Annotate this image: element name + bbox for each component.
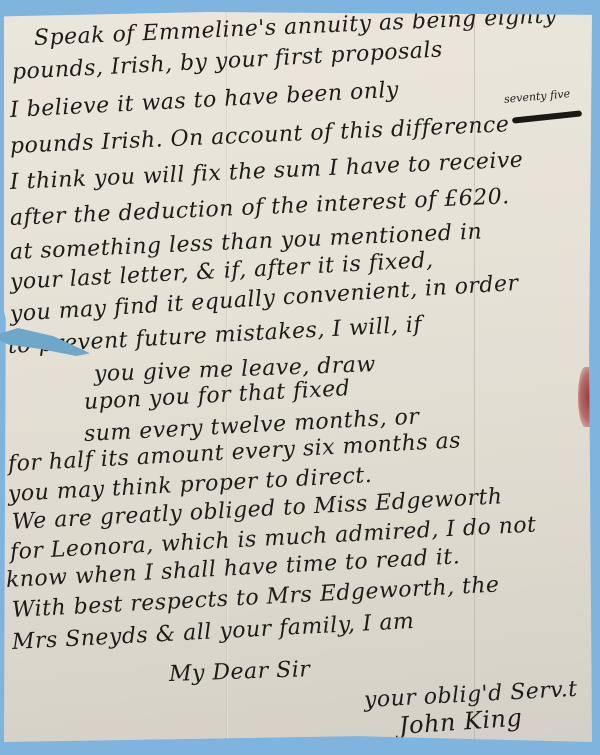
- letter-line: I believe it was to have been only: [9, 78, 399, 123]
- letter-line: Speak of Emmeline's annuity as being eig…: [33, 3, 557, 51]
- letter-page: Speak of Emmeline's annuity as being eig…: [4, 12, 592, 742]
- salutation: My Dear Sir: [169, 657, 311, 687]
- struck-word: [512, 110, 582, 123]
- interlinear-insertion: seventy five: [504, 87, 571, 106]
- wax-seal-remnant: [578, 367, 592, 427]
